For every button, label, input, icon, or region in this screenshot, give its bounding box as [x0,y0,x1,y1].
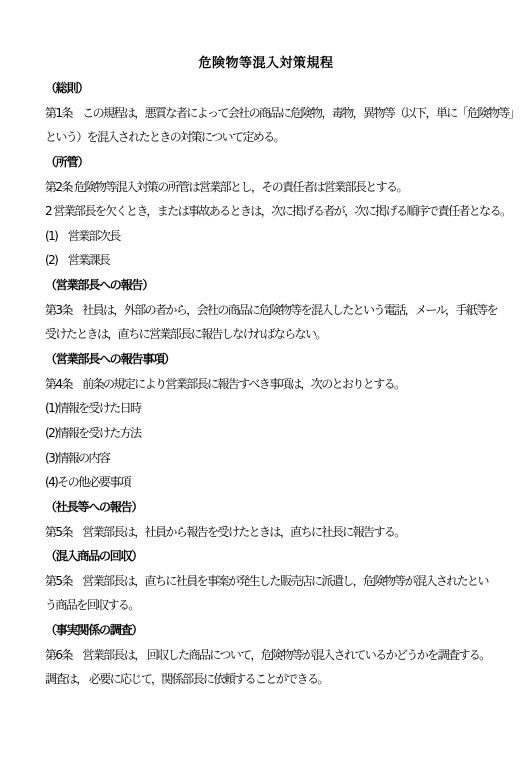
document-line: 第4条 前条の規定により営業部長に報告すべき事項は，次のとおりとする。 [45,372,502,397]
section-heading: （総則） [45,76,502,101]
document-line: (2)情報を受けた方法 [45,421,502,446]
document-page: 危険物等混入対策規程 （総則）第1条 この規程は，悪質な者によって会社の商品に危… [0,0,532,763]
section-heading: （混入商品の回収） [45,544,502,569]
document-line: (1) 営業部次長 [45,224,502,249]
document-line: 第6条 営業部長は， 回収した商品について，危険物等が混入されているかどうかを調… [45,643,502,668]
document-line: 第3条 社員は，外部の者から，会社の商品に危険物等を混入したという電話，メール，… [45,298,502,323]
section-heading: （社長等への報告） [45,495,502,520]
document-line: (1)情報を受けた日時 [45,396,502,421]
document-body: （総則）第1条 この規程は，悪質な者によって会社の商品に危険物，毒物，異物等（以… [45,76,502,692]
document-line: (4)その他必要事項 [45,470,502,495]
document-line: 調査は， 必要に応じて，関係部長に依頼することができる。 [45,667,502,692]
section-heading: （所管） [45,150,502,175]
document-line: 2 営業部長を欠くとき，または事故あるときは，次に掲げる者が，次に掲げる順序で責… [45,199,502,224]
section-heading: （営業部長への報告） [45,273,502,298]
document-line: 第2条 危険物等混入対策の所管は営業部とし，その責任者は営業部長とする。 [45,175,502,200]
document-line: 第1条 この規程は，悪質な者によって会社の商品に危険物，毒物，異物等（以下，単に… [45,101,502,126]
section-heading: （営業部長への報告事項） [45,347,502,372]
document-line: 第5条 営業部長は，社員から報告を受けたときは，直ちに社長に報告する。 [45,520,502,545]
document-line: (2) 営業課長 [45,248,502,273]
document-title: 危険物等混入対策規程 [45,52,487,76]
document-line: (3)情報の内容 [45,446,502,471]
document-line: 第5条 営業部長は，直ちに社員を事案が発生した販売店に派遣し，危険物等が混入され… [45,569,502,594]
section-heading: （事実関係の調査） [45,618,502,643]
document-line: う商品を回収する。 [45,593,502,618]
document-line: 受けたときは，直ちに営業部長に報告しなければならない。 [45,322,502,347]
document-line: という）を混入されたときの対策について定める。 [45,125,502,150]
